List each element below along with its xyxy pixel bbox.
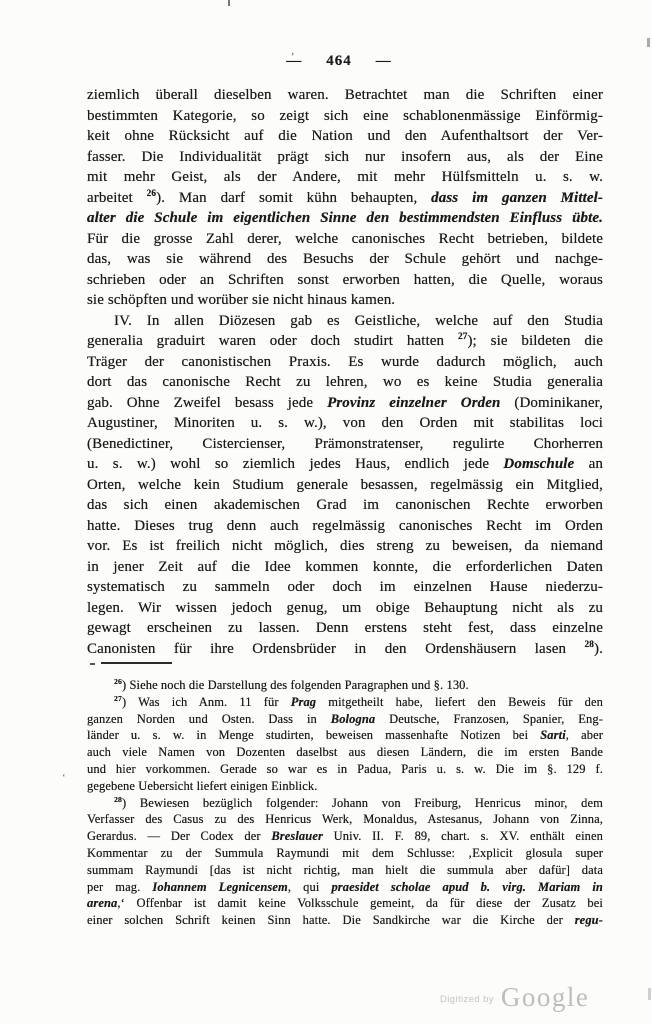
- text-line: mit mehr Geist, als der Andere, mit mehr…: [87, 167, 603, 188]
- watermark-prefix: Digitized by: [440, 994, 494, 1005]
- text-segment: ).: [594, 641, 603, 657]
- text-segment: einer solchen Schrift keinen Sinn hatte.…: [87, 913, 575, 927]
- text-line: Kommentar zu der Summula Raymundi mit de…: [87, 845, 603, 862]
- text-line: dort das canonische Recht zu lehren, wo …: [87, 372, 603, 393]
- text-segment: Verfasser des Casus zu des Henricus Werk…: [87, 812, 603, 826]
- footnote-marker: 28: [585, 640, 595, 650]
- emphasis-text: Prag: [291, 695, 316, 709]
- text-line: das sich einen akademischen Grad im cano…: [87, 495, 603, 516]
- text-line: gab. Ohne Zweifel besass jede Provinz ei…: [87, 393, 603, 414]
- text-segment: auch viele Namen von Dozenten daselbst a…: [87, 745, 603, 759]
- text-line: IV. In allen Diözesen gab es Geistliche,…: [87, 311, 603, 332]
- emphasis-text: Iohannem Legnicensem: [152, 880, 287, 894]
- footnote-separator-dot: [90, 663, 95, 665]
- footnote-marker: 28: [114, 794, 122, 803]
- google-watermark: Digitized by Google: [440, 982, 589, 1012]
- footnotes-block: 26) Siehe noch die Darstellung des folge…: [87, 677, 603, 929]
- text-line: sie schöpften und worüber sie nicht hina…: [87, 290, 603, 311]
- text-segment: gegebene Uebersicht liefert einigen Einb…: [87, 779, 317, 793]
- text-segment: ) Was ich Anm. 11 für: [122, 695, 291, 709]
- scan-artifact-top-tick: [228, 0, 230, 6]
- text-segment: (Dominikaner,: [500, 395, 603, 411]
- text-segment: , aber: [566, 728, 603, 742]
- page-number-header: — 464 —: [13, 50, 652, 72]
- text-segment: Deutsche, Franzosen, Spanier, Eng-: [375, 712, 603, 726]
- emphasis-text: Sarti: [540, 728, 566, 742]
- text-segment: gewagt erscheinen zu lassen. Denn ersten…: [87, 620, 603, 636]
- footnote-marker: 27: [114, 694, 122, 703]
- text-segment: schrieben oder an Schriften sonst erworb…: [87, 272, 603, 288]
- text-segment: ) Bewiesen bezüglich folgender: Johann v…: [122, 796, 603, 810]
- text-segment: fasser. Die Individualität prägt sich nu…: [87, 149, 603, 165]
- text-line: legen. Wir wissen jedoch genug, um obige…: [87, 598, 603, 619]
- text-segment: Kommentar zu der Summula Raymundi mit de…: [87, 846, 603, 860]
- scan-artifact-right-bottom: [648, 988, 651, 1000]
- text-line: gegebene Uebersicht liefert einigen Einb…: [87, 778, 603, 795]
- text-segment: u. s. w.) wohl so ziemlich jedes Haus, e…: [87, 456, 503, 472]
- footnote-marker: 26: [114, 677, 122, 686]
- text-segment: in jener Zeit auf die Idee kommen konnte…: [87, 559, 603, 575]
- text-segment: mit mehr Geist, als der Andere, mit mehr…: [87, 169, 603, 185]
- text-segment: legen. Wir wissen jedoch genug, um obige…: [87, 600, 603, 616]
- text-line: arbeitet 26). Man darf somit kühn behaup…: [87, 188, 603, 209]
- text-segment: mitgetheilt habe, liefert den Beweis für…: [316, 695, 603, 709]
- emphasis-text: regu-: [575, 913, 603, 927]
- emphasis-text: arena: [87, 896, 117, 910]
- text-line: Augustiner, Minoriten u. s. w.), von den…: [87, 413, 603, 434]
- text-segment: Orten, welche kein Studium generale besa…: [87, 477, 603, 493]
- text-segment: per mag.: [87, 880, 152, 894]
- emphasis-text: Bologna: [331, 712, 375, 726]
- text-line: gewagt erscheinen zu lassen. Denn ersten…: [87, 618, 603, 639]
- text-line: Verfasser des Casus zu des Henricus Werk…: [87, 811, 603, 828]
- text-segment: ). Man darf somit kühn behaupten,: [156, 190, 431, 206]
- text-segment: Canonisten für ihre Ordensbrüder in den …: [87, 641, 585, 657]
- text-line: schrieben oder an Schriften sonst erworb…: [87, 270, 603, 291]
- text-line: hatte. Dieses trug denn auch regelmässig…: [87, 516, 603, 537]
- text-segment: das sich einen akademischen Grad im cano…: [87, 497, 603, 513]
- text-line: keit ohne Rücksicht auf die Nation und d…: [87, 126, 603, 147]
- text-line: einer solchen Schrift keinen Sinn hatte.…: [87, 912, 603, 929]
- text-segment: IV. In allen Diözesen gab es Geistliche,…: [114, 313, 603, 329]
- text-line: das, was sie während des Besuchs der Sch…: [87, 249, 603, 270]
- text-line: fasser. Die Individualität prägt sich nu…: [87, 147, 603, 168]
- main-text-block: ziemlich überall dieselben waren. Betrac…: [87, 85, 603, 659]
- text-line: bestimmten Kategorie, so zeigt sich eine…: [87, 106, 603, 127]
- text-line: und hier vorkommen. Gerade so war es in …: [87, 761, 603, 778]
- text-segment: , qui: [288, 880, 332, 894]
- text-segment: (Benedictiner, Cistercienser, Prämonstra…: [87, 436, 603, 452]
- text-line: vor. Es ist freilich nicht möglich, dies…: [87, 536, 603, 557]
- text-segment: keit ohne Rücksicht auf die Nation und d…: [87, 128, 603, 144]
- text-line: Orten, welche kein Studium generale besa…: [87, 475, 603, 496]
- emphasis-text: dass im ganzen Mittel-: [431, 190, 603, 206]
- text-segment: dort das canonische Recht zu lehren, wo …: [87, 374, 603, 390]
- footnote-separator-rule: [101, 662, 172, 664]
- text-segment: das, was sie während des Besuchs der Sch…: [87, 251, 603, 267]
- page-number: 464: [326, 53, 352, 70]
- text-segment: vor. Es ist freilich nicht möglich, dies…: [87, 538, 603, 554]
- text-line: länder u. s. w. in Menge studirten, bewe…: [87, 727, 603, 744]
- text-line: Träger der canonistischen Praxis. Es wur…: [87, 352, 603, 373]
- emphasis-text: Provinz einzelner Orden: [327, 395, 500, 411]
- text-segment: gab. Ohne Zweifel besass jede: [87, 395, 327, 411]
- text-segment: ziemlich überall dieselben waren. Betrac…: [87, 87, 603, 103]
- text-line: Gerardus. — Der Codex der Breslauer Univ…: [87, 828, 603, 845]
- text-segment: sie schöpften und worüber sie nicht hina…: [87, 292, 395, 308]
- text-segment: Augustiner, Minoriten u. s. w.), von den…: [87, 415, 603, 431]
- text-line: summam Raymundi [das ist nicht richtig, …: [87, 862, 603, 879]
- text-segment: Träger der canonistischen Praxis. Es wur…: [87, 354, 603, 370]
- emphasis-text: Domschule: [503, 456, 574, 472]
- text-segment: länder u. s. w. in Menge studirten, bewe…: [87, 728, 540, 742]
- text-line: 28) Bewiesen bezüglich folgender: Johann…: [87, 795, 603, 812]
- text-segment: ) Siehe noch die Darstellung des folgend…: [122, 678, 469, 692]
- text-line: auch viele Namen von Dozenten daselbst a…: [87, 744, 603, 761]
- text-line: arena,‘ Offenbar ist damit keine Volkssc…: [87, 895, 603, 912]
- emphasis-text: praesidet scholae apud b. virg. Mariam i…: [331, 880, 603, 894]
- text-line: 27) Was ich Anm. 11 für Prag mitgetheilt…: [87, 694, 603, 711]
- text-segment: an: [574, 456, 603, 472]
- text-line: u. s. w.) wohl so ziemlich jedes Haus, e…: [87, 454, 603, 475]
- text-line: alter die Schule im eigentlichen Sinne d…: [87, 208, 603, 229]
- text-segment: bestimmten Kategorie, so zeigt sich eine…: [87, 108, 603, 124]
- scan-artifact-left-margin-mark: ‘: [62, 772, 66, 784]
- text-segment: generalia graduirt waren oder doch studi…: [87, 333, 458, 349]
- google-logo: Google: [501, 982, 589, 1013]
- text-segment: Für die grosse Zahl derer, welche canoni…: [87, 231, 603, 247]
- text-line: ziemlich überall dieselben waren. Betrac…: [87, 85, 603, 106]
- text-segment: Univ. II. F. 89, chart. s. XV. enthält e…: [323, 829, 603, 843]
- text-line: in jener Zeit auf die Idee kommen konnte…: [87, 557, 603, 578]
- text-segment: ,‘ Offenbar ist damit keine Volksschule …: [117, 896, 603, 910]
- text-segment: hatte. Dieses trug denn auch regelmässig…: [87, 518, 603, 534]
- text-segment: ); sie bildeten die: [467, 333, 603, 349]
- text-line: 26) Siehe noch die Darstellung des folge…: [87, 677, 603, 694]
- text-segment: ganzen Norden und Osten. Dass in: [87, 712, 331, 726]
- text-line: ganzen Norden und Osten. Dass in Bologna…: [87, 711, 603, 728]
- text-segment: systematisch zu sammeln oder doch im ein…: [87, 579, 603, 595]
- scan-artifact-right-tick: [647, 38, 650, 47]
- header-dash-right: —: [376, 53, 392, 70]
- emphasis-text: Breslauer: [271, 829, 323, 843]
- text-line: systematisch zu sammeln oder doch im ein…: [87, 577, 603, 598]
- text-line: per mag. Iohannem Legnicensem, qui praes…: [87, 879, 603, 896]
- footnote-marker: 26: [147, 189, 157, 199]
- scan-artifact-header-mark: ’: [291, 52, 294, 63]
- scanned-book-page: — 464 — ziemlich überall dieselben waren…: [0, 0, 652, 1024]
- text-line: Canonisten für ihre Ordensbrüder in den …: [87, 639, 603, 660]
- text-line: Für die grosse Zahl derer, welche canoni…: [87, 229, 603, 250]
- text-segment: und hier vorkommen. Gerade so war es in …: [87, 762, 603, 776]
- emphasis-text: alter die Schule im eigentlichen Sinne d…: [87, 210, 603, 226]
- text-segment: Gerardus. — Der Codex der: [87, 829, 271, 843]
- text-segment: summam Raymundi [das ist nicht richtig, …: [87, 863, 603, 877]
- text-line: generalia graduirt waren oder doch studi…: [87, 331, 603, 352]
- text-segment: arbeitet: [87, 190, 147, 206]
- text-line: (Benedictiner, Cistercienser, Prämonstra…: [87, 434, 603, 455]
